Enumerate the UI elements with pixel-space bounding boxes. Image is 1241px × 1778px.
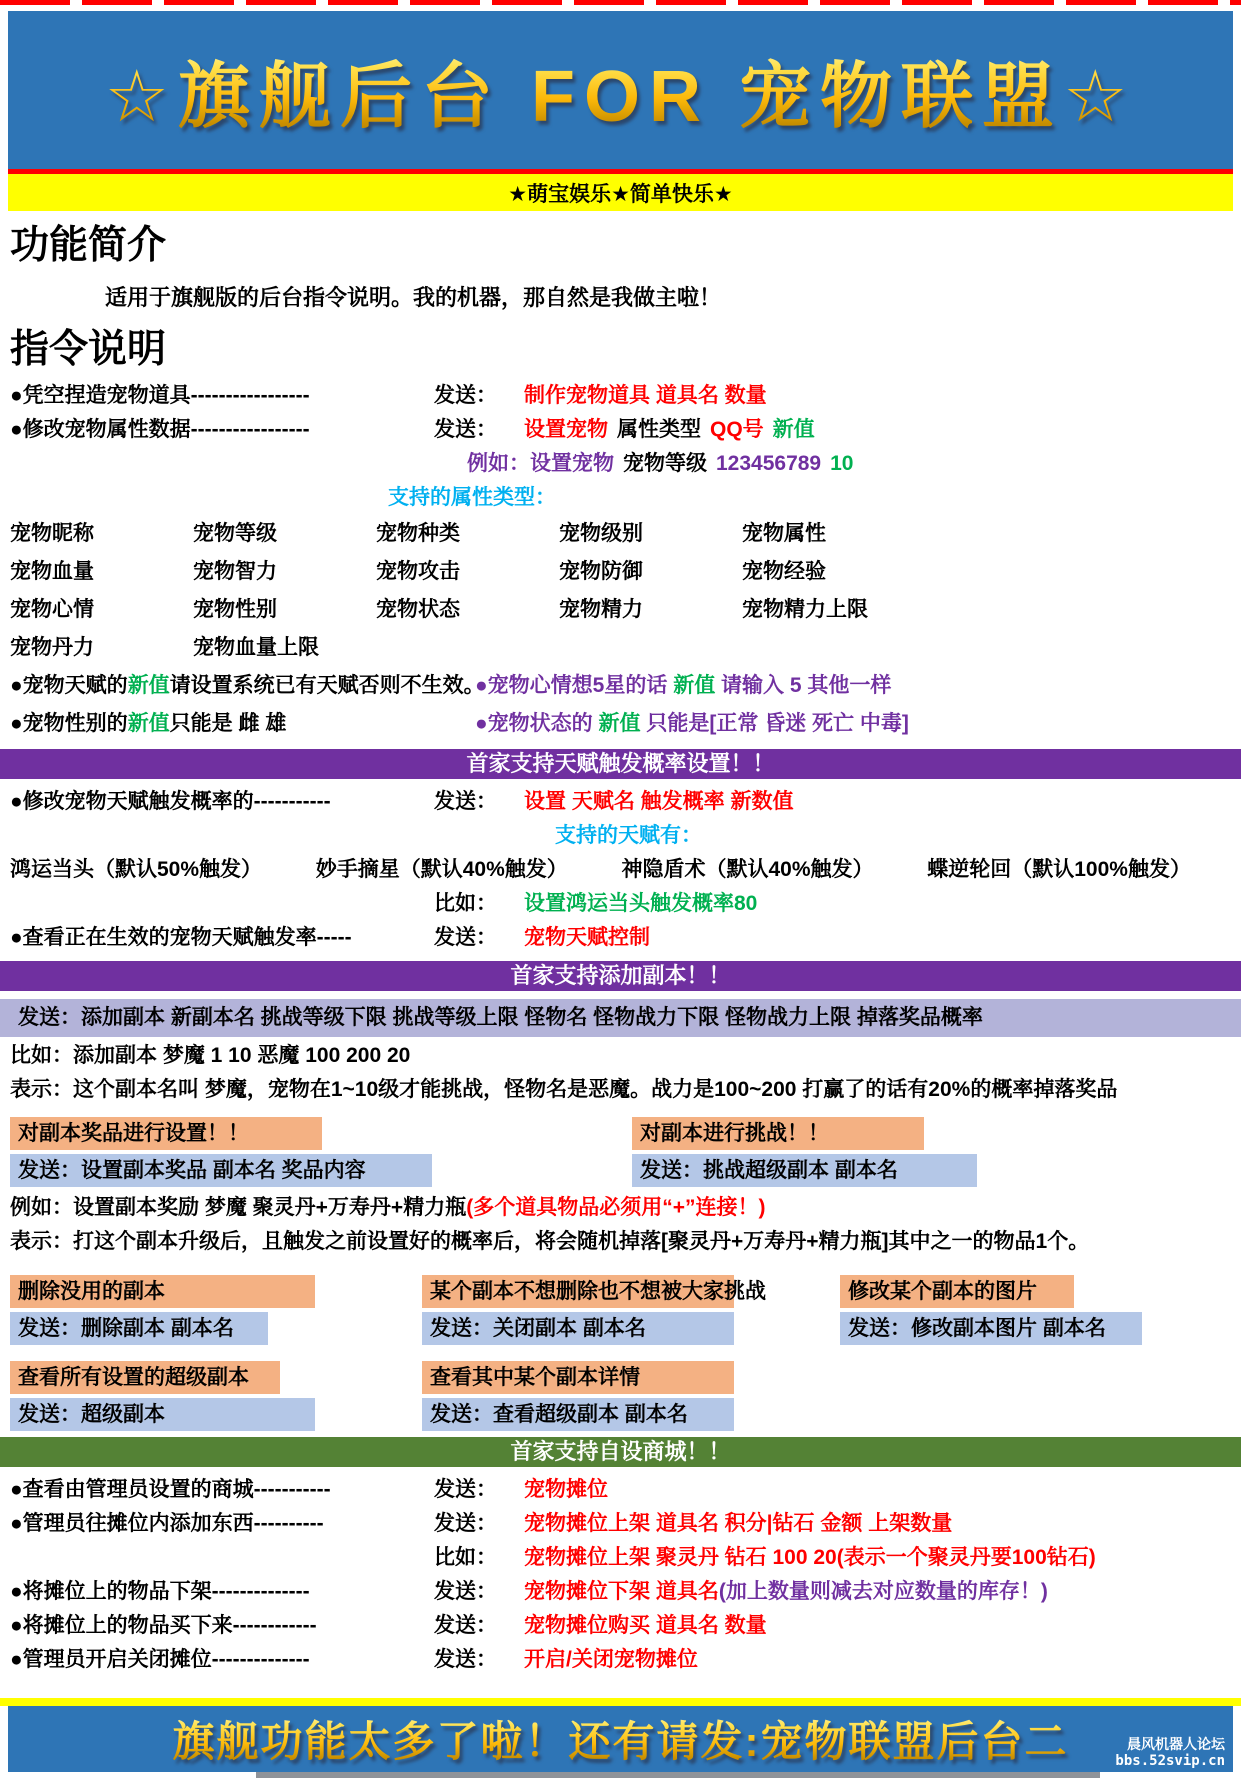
command-row-shop-buy: ●将摊位上的物品买下来------------ 发送： 宠物摊位购买 道具名 数…: [10, 1609, 1231, 1643]
send-label: 发送：: [434, 1507, 524, 1541]
send-label: 发送：: [434, 379, 524, 413]
example-text: 设置鸿运当头触发概率80: [524, 887, 757, 921]
attribute: 宠物性别: [193, 593, 376, 627]
command-label: ●将摊位上的物品买下来------------: [10, 1609, 434, 1643]
example-arg: 10: [830, 447, 853, 481]
note-text: ●宠物天赋的: [10, 674, 128, 697]
send-label: 发送：: [434, 1609, 524, 1643]
close-header-cell: 某个副本不想删除也不想被大家挑战: [422, 1275, 734, 1308]
command-text: 宠物摊位下架 道具名: [524, 1575, 719, 1609]
spacer: [10, 1541, 434, 1575]
command-row-set-talent: ●修改宠物天赋触发概率的----------- 发送： 设置 天赋名 触发概率 …: [10, 785, 1231, 819]
viewall-send-cell: 发送：超级副本: [10, 1398, 315, 1431]
dungeon-manage-sends: 发送：删除副本 副本名 发送：关闭副本 副本名 发送：修改副本图片 副本名: [10, 1312, 1231, 1345]
detail-send-cell: 发送：查看超级副本 副本名: [422, 1398, 734, 1431]
attribute: 宠物防御: [559, 555, 742, 589]
image-send-cell: 发送：修改副本图片 副本名: [840, 1312, 1142, 1345]
reward-explain: 表示：打这个副本升级后，且触发之前设置好的概率后，将会随机掉落[聚灵丹+万寿丹+…: [10, 1225, 1231, 1259]
content: 功能简介 适用于旗舰版的后台指令说明。我的机器，那自然是我做主啦！ 指令说明 ●…: [0, 211, 1241, 1677]
command-arg: 属性类型: [617, 413, 701, 447]
attribute: 宠物血量: [10, 555, 193, 589]
command-text: 设置 天赋名 触发概率 新数值: [524, 785, 794, 819]
banner-shop: 首家支持自设商城！！: [0, 1437, 1241, 1467]
note-row-gender: ●宠物性别的新值只能是 雌 雄 ●宠物状态的 新值 只能是[正常 昏迷 死亡 中…: [10, 707, 1231, 741]
banner-talent: 首家支持天赋触发概率设置！！: [0, 749, 1241, 779]
note-text: 只能是[正常 昏迷 死亡 中毒]: [641, 712, 909, 735]
note-text: 请设置系统已有天赋否则不生效。: [170, 674, 485, 697]
viewall-header-cell: 查看所有设置的超级副本: [10, 1361, 280, 1394]
example-label: 比如：: [434, 887, 524, 921]
reward-example-row: 例如：设置副本奖励 梦魔 聚灵丹+万寿丹+精力瓶(多个道具物品必须用“+”连接！…: [10, 1191, 1231, 1225]
example-arg: 宠物等级: [623, 447, 707, 481]
tagline: ★萌宝娱乐★简单快乐★: [508, 178, 732, 208]
reward-header-cell: 对副本奖品进行设置！！: [10, 1117, 322, 1150]
command-row-shop-toggle: ●管理员开启关闭摊位-------------- 发送： 开启/关闭宠物摊位: [10, 1643, 1231, 1677]
challenge-send-cell: 发送：挑战超级副本 副本名: [632, 1154, 977, 1187]
talent-item: 鸿运当头（默认50%触发）: [10, 853, 262, 887]
close-send-cell: 发送：关闭副本 副本名: [422, 1312, 734, 1345]
talent-list: 鸿运当头（默认50%触发） 妙手摘星（默认40%触发） 神隐盾术（默认40%触发…: [10, 853, 1231, 887]
example-text: 例如：设置宠物: [467, 447, 614, 481]
attribute: 宠物心情: [10, 593, 193, 627]
top-red-border: [0, 0, 1241, 5]
send-label: 发送：: [434, 1473, 524, 1507]
command-row-view-talent: ●查看正在生效的宠物天赋触发率----- 发送： 宠物天赋控制: [10, 921, 1231, 955]
attribute-row: 宠物血量 宠物智力 宠物攻击 宠物防御 宠物经验: [10, 555, 1231, 589]
footer-banner: 旗舰功能太多了啦！还有请发:宠物联盟后台二 晨风机器人论坛 bbs.52svip…: [8, 1706, 1233, 1772]
attribute: 宠物属性: [742, 517, 925, 551]
command-label: ●查看由管理员设置的商城-----------: [10, 1473, 434, 1507]
attribute: 宠物经验: [742, 555, 925, 589]
command-text: 开启/关闭宠物摊位: [524, 1643, 698, 1677]
note-left: ●宠物性别的新值只能是 雌 雄: [10, 707, 475, 741]
command-row-set-pet: ●修改宠物属性数据----------------- 发送： 设置宠物 属性类型…: [10, 413, 1231, 447]
command-arg: 新值: [773, 413, 815, 447]
note-text: ●宠物状态的: [475, 712, 599, 735]
command-row-set-talent-example: 比如： 设置鸿运当头触发概率80: [10, 887, 1231, 921]
command-label: ●修改宠物属性数据-----------------: [10, 413, 434, 447]
attribute: 宠物种类: [376, 517, 559, 551]
tagline-bar: ★萌宝娱乐★简单快乐★: [8, 174, 1233, 211]
dungeon-add-example: 比如：添加副本 梦魔 1 10 恶魔 100 200 20: [10, 1039, 1231, 1073]
reward-example: 例如：设置副本奖励 梦魔 聚灵丹+万寿丹+精力瓶: [10, 1196, 466, 1219]
dungeon-manage-headers: 删除没用的副本 某个副本不想删除也不想被大家挑战 修改某个副本的图片: [10, 1275, 1231, 1308]
attribute: 宠物丹力: [10, 631, 193, 665]
dungeon-cells-sends: 发送：设置副本奖品 副本名 奖品内容 发送：挑战超级副本 副本名: [10, 1154, 1231, 1187]
attribute: 宠物昵称: [10, 517, 193, 551]
command-note: (加上数量则减去对应数量的库存！): [719, 1575, 1048, 1609]
command-text: 宠物天赋控制: [524, 921, 650, 955]
attribute: 宠物智力: [193, 555, 376, 589]
send-label: 发送：: [434, 413, 524, 447]
command-row-shop-add: ●管理员往摊位内添加东西---------- 发送： 宠物摊位上架 道具名 积分…: [10, 1507, 1231, 1541]
example-arg: 123456789: [716, 447, 821, 481]
command-text: 设置宠物: [524, 413, 608, 447]
talents-heading: 支持的天赋有：: [555, 819, 1231, 853]
bottom-edge-strip: [0, 1772, 1241, 1778]
command-label: ●管理员往摊位内添加东西----------: [10, 1507, 434, 1541]
detail-header-cell: 查看其中某个副本详情: [422, 1361, 734, 1394]
attribute-row: 宠物丹力 宠物血量上限: [10, 631, 1231, 665]
attribute: 宠物精力: [559, 593, 742, 627]
intro-body: 适用于旗舰版的后台指令说明。我的机器，那自然是我做主啦！: [105, 283, 1231, 313]
send-label: 发送：: [434, 1575, 524, 1609]
note-row-talent: ●宠物天赋的新值请设置系统已有天赋否则不生效。 ●宠物心情想5星的话 新值 请输…: [10, 669, 1231, 703]
footer-title: 旗舰功能太多了啦！还有请发:宠物联盟后台二: [173, 1709, 1069, 1769]
command-row-shop-add-example: 比如： 宠物摊位上架 聚灵丹 钻石 100 20(表示一个聚灵丹要100钻石): [10, 1541, 1231, 1575]
dungeon-view-sends: 发送：超级副本 发送：查看超级副本 副本名: [10, 1398, 1231, 1431]
note-highlight: 新值: [599, 712, 641, 735]
attribute: 宠物等级: [193, 517, 376, 551]
command-label: ●查看正在生效的宠物天赋触发率-----: [10, 921, 434, 955]
watermark-forum-name: 晨风机器人论坛: [1115, 1737, 1225, 1753]
talent-item: 蝶逆轮回（默认100%触发）: [927, 853, 1191, 887]
command-arg: QQ号: [710, 413, 764, 447]
note-left: ●宠物天赋的新值请设置系统已有天赋否则不生效。: [10, 669, 475, 703]
attribute-row: 宠物心情 宠物性别 宠物状态 宠物精力 宠物精力上限: [10, 593, 1231, 627]
send-label: 发送：: [434, 785, 524, 819]
command-row-shop-view: ●查看由管理员设置的商城----------- 发送： 宠物摊位: [10, 1473, 1231, 1507]
intro-heading: 功能简介: [10, 223, 1231, 269]
note-highlight: 新值: [128, 712, 170, 735]
note-text: 只能是 雌 雄: [170, 712, 287, 735]
delete-send-cell: 发送：删除副本 副本名: [10, 1312, 268, 1345]
reward-example-note: (多个道具物品必须用“+”连接！): [466, 1196, 765, 1219]
note-highlight: 新值: [673, 674, 715, 697]
send-label: 发送：: [434, 921, 524, 955]
example-label: 比如：: [434, 1541, 524, 1575]
note-text: ●宠物心情想5星的话: [475, 674, 673, 697]
attribute: 宠物血量上限: [193, 631, 376, 665]
attribute-row: 宠物昵称 宠物等级 宠物种类 宠物级别 宠物属性: [10, 517, 1231, 551]
dungeon-add-explain: 表示：这个副本名叫 梦魔，宠物在1~10级才能挑战，怪物名是恶魔。战力是100~…: [10, 1073, 1231, 1107]
command-label: ●管理员开启关闭摊位--------------: [10, 1643, 434, 1677]
talent-item: 神隐盾术（默认40%触发）: [622, 853, 874, 887]
note-right: ●宠物状态的 新值 只能是[正常 昏迷 死亡 中毒]: [475, 707, 909, 741]
dungeon-view-headers: 查看所有设置的超级副本 查看其中某个副本详情: [10, 1361, 1231, 1394]
command-text: 宠物摊位: [524, 1473, 608, 1507]
send-label: 发送：: [434, 1643, 524, 1677]
challenge-header-cell: 对副本进行挑战！！: [632, 1117, 924, 1150]
attribute: 宠物级别: [559, 517, 742, 551]
note-text: 请输入 5 其他一样: [715, 674, 891, 697]
command-label: ●将摊位上的物品下架--------------: [10, 1575, 434, 1609]
attribute: 宠物攻击: [376, 555, 559, 589]
attribute: 宠物状态: [376, 593, 559, 627]
image-header-cell: 修改某个副本的图片: [840, 1275, 1074, 1308]
command-text: 宠物摊位购买 道具名 数量: [524, 1609, 767, 1643]
note-highlight: 新值: [128, 674, 170, 697]
dungeon-add-send-row: 发送：添加副本 新副本名 挑战等级下限 挑战等级上限 怪物名 怪物战力下限 怪物…: [0, 999, 1241, 1037]
spacer: [10, 887, 434, 921]
command-text: 宠物摊位上架 道具名 积分|钻石 金额 上架数量: [524, 1507, 952, 1541]
header-banner: ☆旗舰后台 FOR 宠物联盟☆: [8, 11, 1233, 169]
page-title: ☆旗舰后台 FOR 宠物联盟☆: [104, 38, 1136, 142]
footer-yellow-strip: [0, 1698, 1241, 1706]
talent-item: 妙手摘星（默认40%触发）: [316, 853, 568, 887]
command-row-create-item: ●凭空捏造宠物道具----------------- 发送： 制作宠物道具 道具…: [10, 379, 1231, 413]
reward-send-cell: 发送：设置副本奖品 副本名 奖品内容: [10, 1154, 432, 1187]
command-text: 制作宠物道具 道具名 数量: [524, 379, 767, 413]
command-label: ●凭空捏造宠物道具-----------------: [10, 379, 434, 413]
attribute: 宠物精力上限: [742, 593, 925, 627]
example-text: 宠物摊位上架 聚灵丹 钻石 100 20(表示一个聚灵丹要100钻石): [524, 1541, 1096, 1575]
instructions-heading: 指令说明: [10, 327, 1231, 373]
watermark-url: bbs.52svip.cn: [1115, 1753, 1225, 1769]
footer-section: 旗舰功能太多了啦！还有请发:宠物联盟后台二 晨风机器人论坛 bbs.52svip…: [0, 1698, 1241, 1778]
dungeon-cells-headers: 对副本奖品进行设置！！ 对副本进行挑战！！: [10, 1117, 1231, 1150]
page: ☆旗舰后台 FOR 宠物联盟☆ ★萌宝娱乐★简单快乐★ 功能简介 适用于旗舰版的…: [0, 0, 1241, 1778]
note-text: ●宠物性别的: [10, 712, 128, 735]
command-row-shop-remove: ●将摊位上的物品下架-------------- 发送： 宠物摊位下架 道具名 …: [10, 1575, 1231, 1609]
command-label: ●修改宠物天赋触发概率的-----------: [10, 785, 434, 819]
watermark: 晨风机器人论坛 bbs.52svip.cn: [1115, 1737, 1225, 1769]
banner-dungeon: 首家支持添加副本！！: [0, 961, 1241, 991]
spacer: [10, 447, 434, 481]
note-right: ●宠物心情想5星的话 新值 请输入 5 其他一样: [475, 669, 891, 703]
command-row-set-pet-example: 例如：设置宠物 宠物等级 123456789 10: [10, 447, 1231, 481]
attribute-types-heading: 支持的属性类型：: [388, 481, 1231, 515]
delete-header-cell: 删除没用的副本: [10, 1275, 315, 1308]
